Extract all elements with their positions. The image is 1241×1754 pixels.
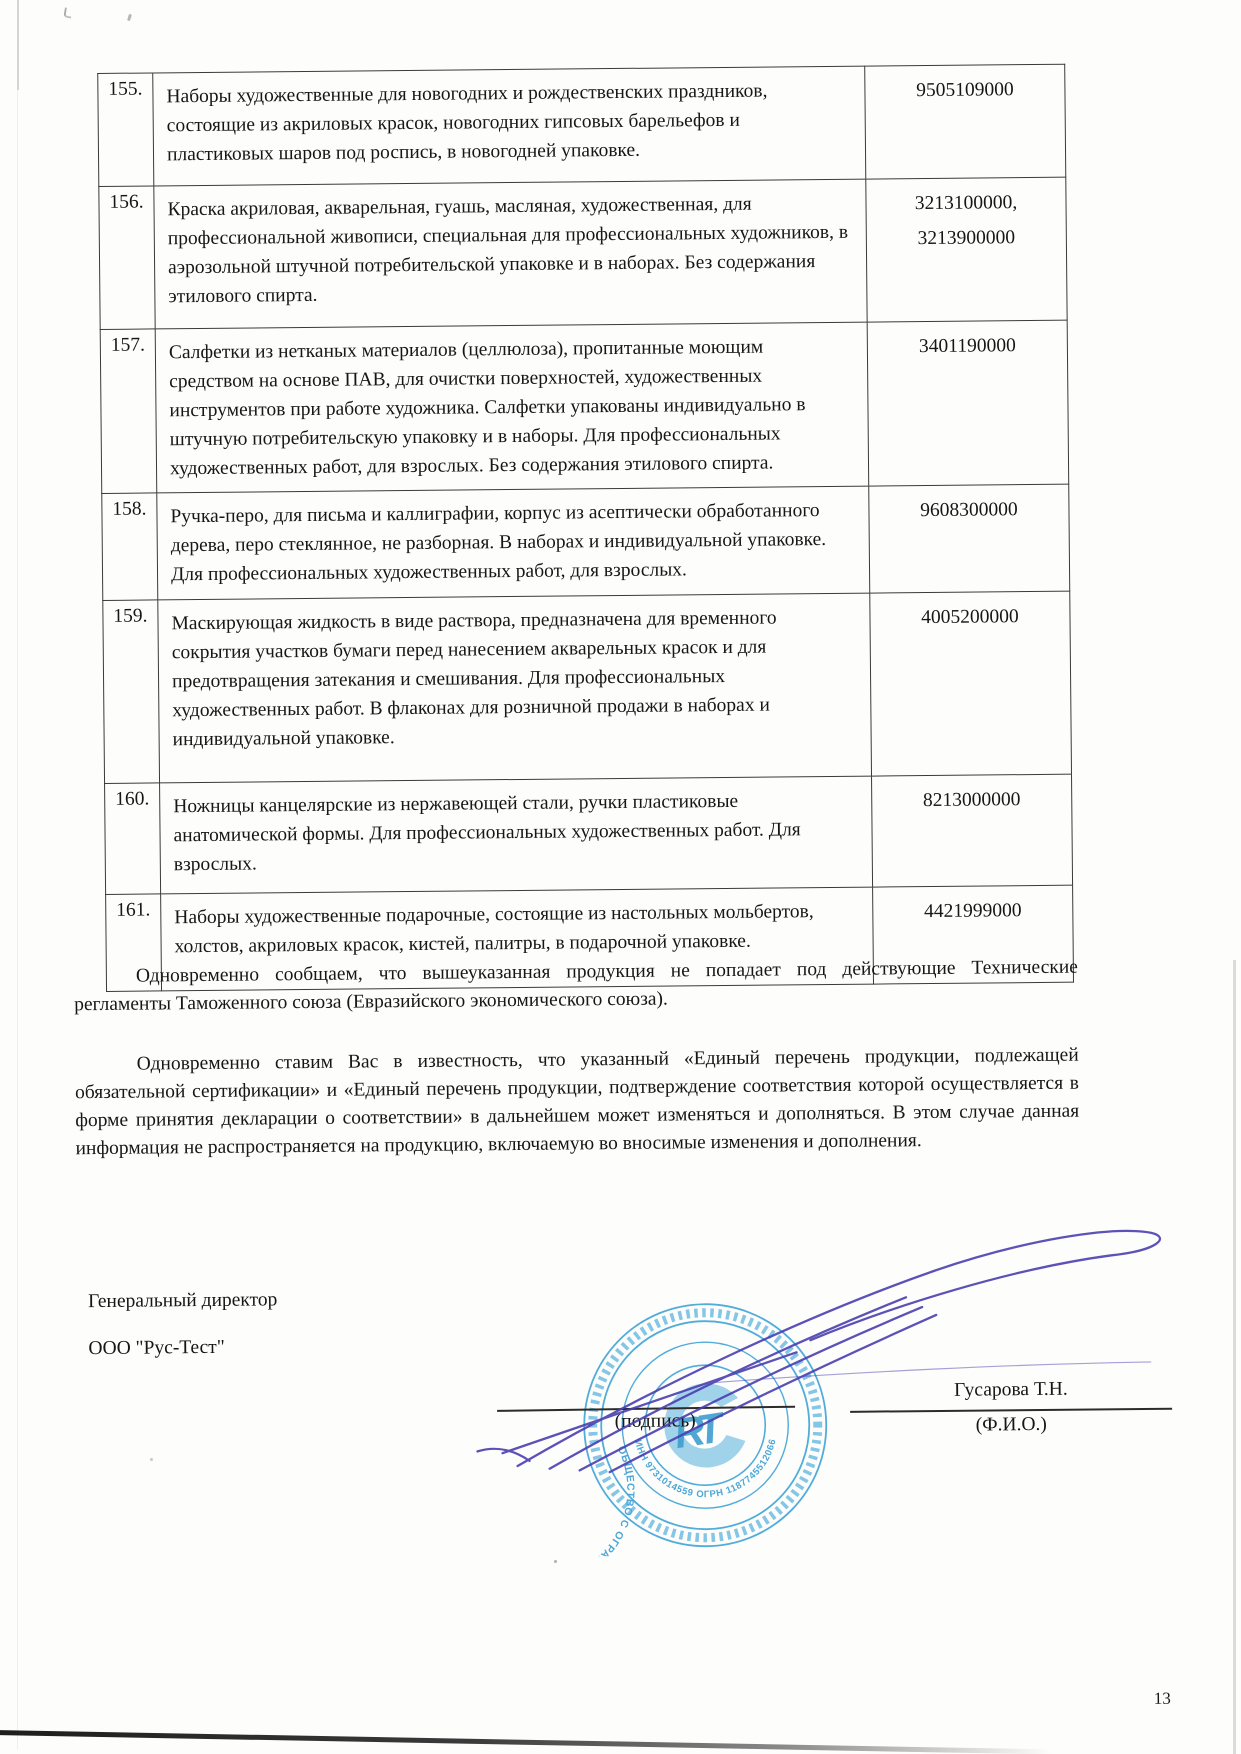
product-table: 155. Наборы художественные для новогодни… <box>97 64 1074 992</box>
row-description: Ножницы канцелярские из нержавеющей стал… <box>161 778 871 888</box>
row-code: 3401190000 <box>867 320 1069 486</box>
row-description: Ручка-перо, для письма и каллиграфии, ко… <box>158 488 868 598</box>
scanned-document: 155. Наборы художественные для новогодни… <box>0 0 1241 1754</box>
row-number: 156. <box>99 186 155 330</box>
row-code: 3213100000, 3213900000 <box>866 177 1067 322</box>
code-value: 8213000000 <box>873 789 1070 813</box>
scan-speck <box>150 1458 153 1461</box>
row-number: 155. <box>98 73 154 187</box>
row-code: 9505109000 <box>865 64 1066 179</box>
row-description: Краска акриловая, акварельная, гуашь, ма… <box>155 181 865 320</box>
code-value: 3401190000 <box>869 335 1066 359</box>
paragraph-unified-list: Одновременно ставим Вас в известность, ч… <box>75 1041 1080 1163</box>
row-code: 8213000000 <box>872 774 1073 887</box>
code-value: 4421999000 <box>874 900 1071 924</box>
row-number: 159. <box>103 600 160 784</box>
table-row: 157. Салфетки из нетканых материалов (це… <box>100 320 1069 493</box>
paragraph-customs-union: Одновременно сообщаем, что вышеуказанная… <box>74 953 1078 1019</box>
code-value: 3213100000, <box>867 192 1064 216</box>
row-number: 160. <box>105 783 161 895</box>
row-number: 158. <box>102 493 158 601</box>
scan-edge-left <box>17 90 18 1750</box>
table-row: 160. Ножницы канцелярские из нержавеющей… <box>105 774 1073 894</box>
table-row: 155. Наборы художественные для новогодни… <box>98 64 1066 186</box>
scan-speck <box>63 7 73 18</box>
company-name: ООО "Рус-Тест" <box>88 1337 224 1360</box>
table-row: 158. Ручка-перо, для письма и каллиграфи… <box>102 484 1070 600</box>
code-value: 9608300000 <box>870 499 1067 523</box>
row-code: 9608300000 <box>869 484 1070 593</box>
row-number: 157. <box>100 329 157 494</box>
scan-edge-left <box>17 0 19 90</box>
director-title: Генеральный директор <box>88 1289 278 1313</box>
scan-speck <box>554 1560 557 1563</box>
code-value: 3213900000 <box>868 227 1065 251</box>
code-value: 4005200000 <box>871 606 1068 630</box>
row-code: 4005200000 <box>870 591 1072 776</box>
page-number: 13 <box>1154 1689 1171 1709</box>
table-row: 156. Краска акриловая, акварельная, гуаш… <box>99 177 1067 329</box>
row-description: Маскирующая жидкость в виде раствора, пр… <box>159 595 870 763</box>
code-value: 9505109000 <box>866 79 1063 103</box>
row-description: Наборы художественные для новогодних и р… <box>154 68 864 178</box>
row-description: Салфетки из нетканых материалов (целлюло… <box>157 324 868 492</box>
scan-edge-right <box>1233 960 1236 1754</box>
signature-ink <box>433 1145 1186 1502</box>
table-row: 159. Маскирующая жидкость в виде раствор… <box>103 591 1072 783</box>
